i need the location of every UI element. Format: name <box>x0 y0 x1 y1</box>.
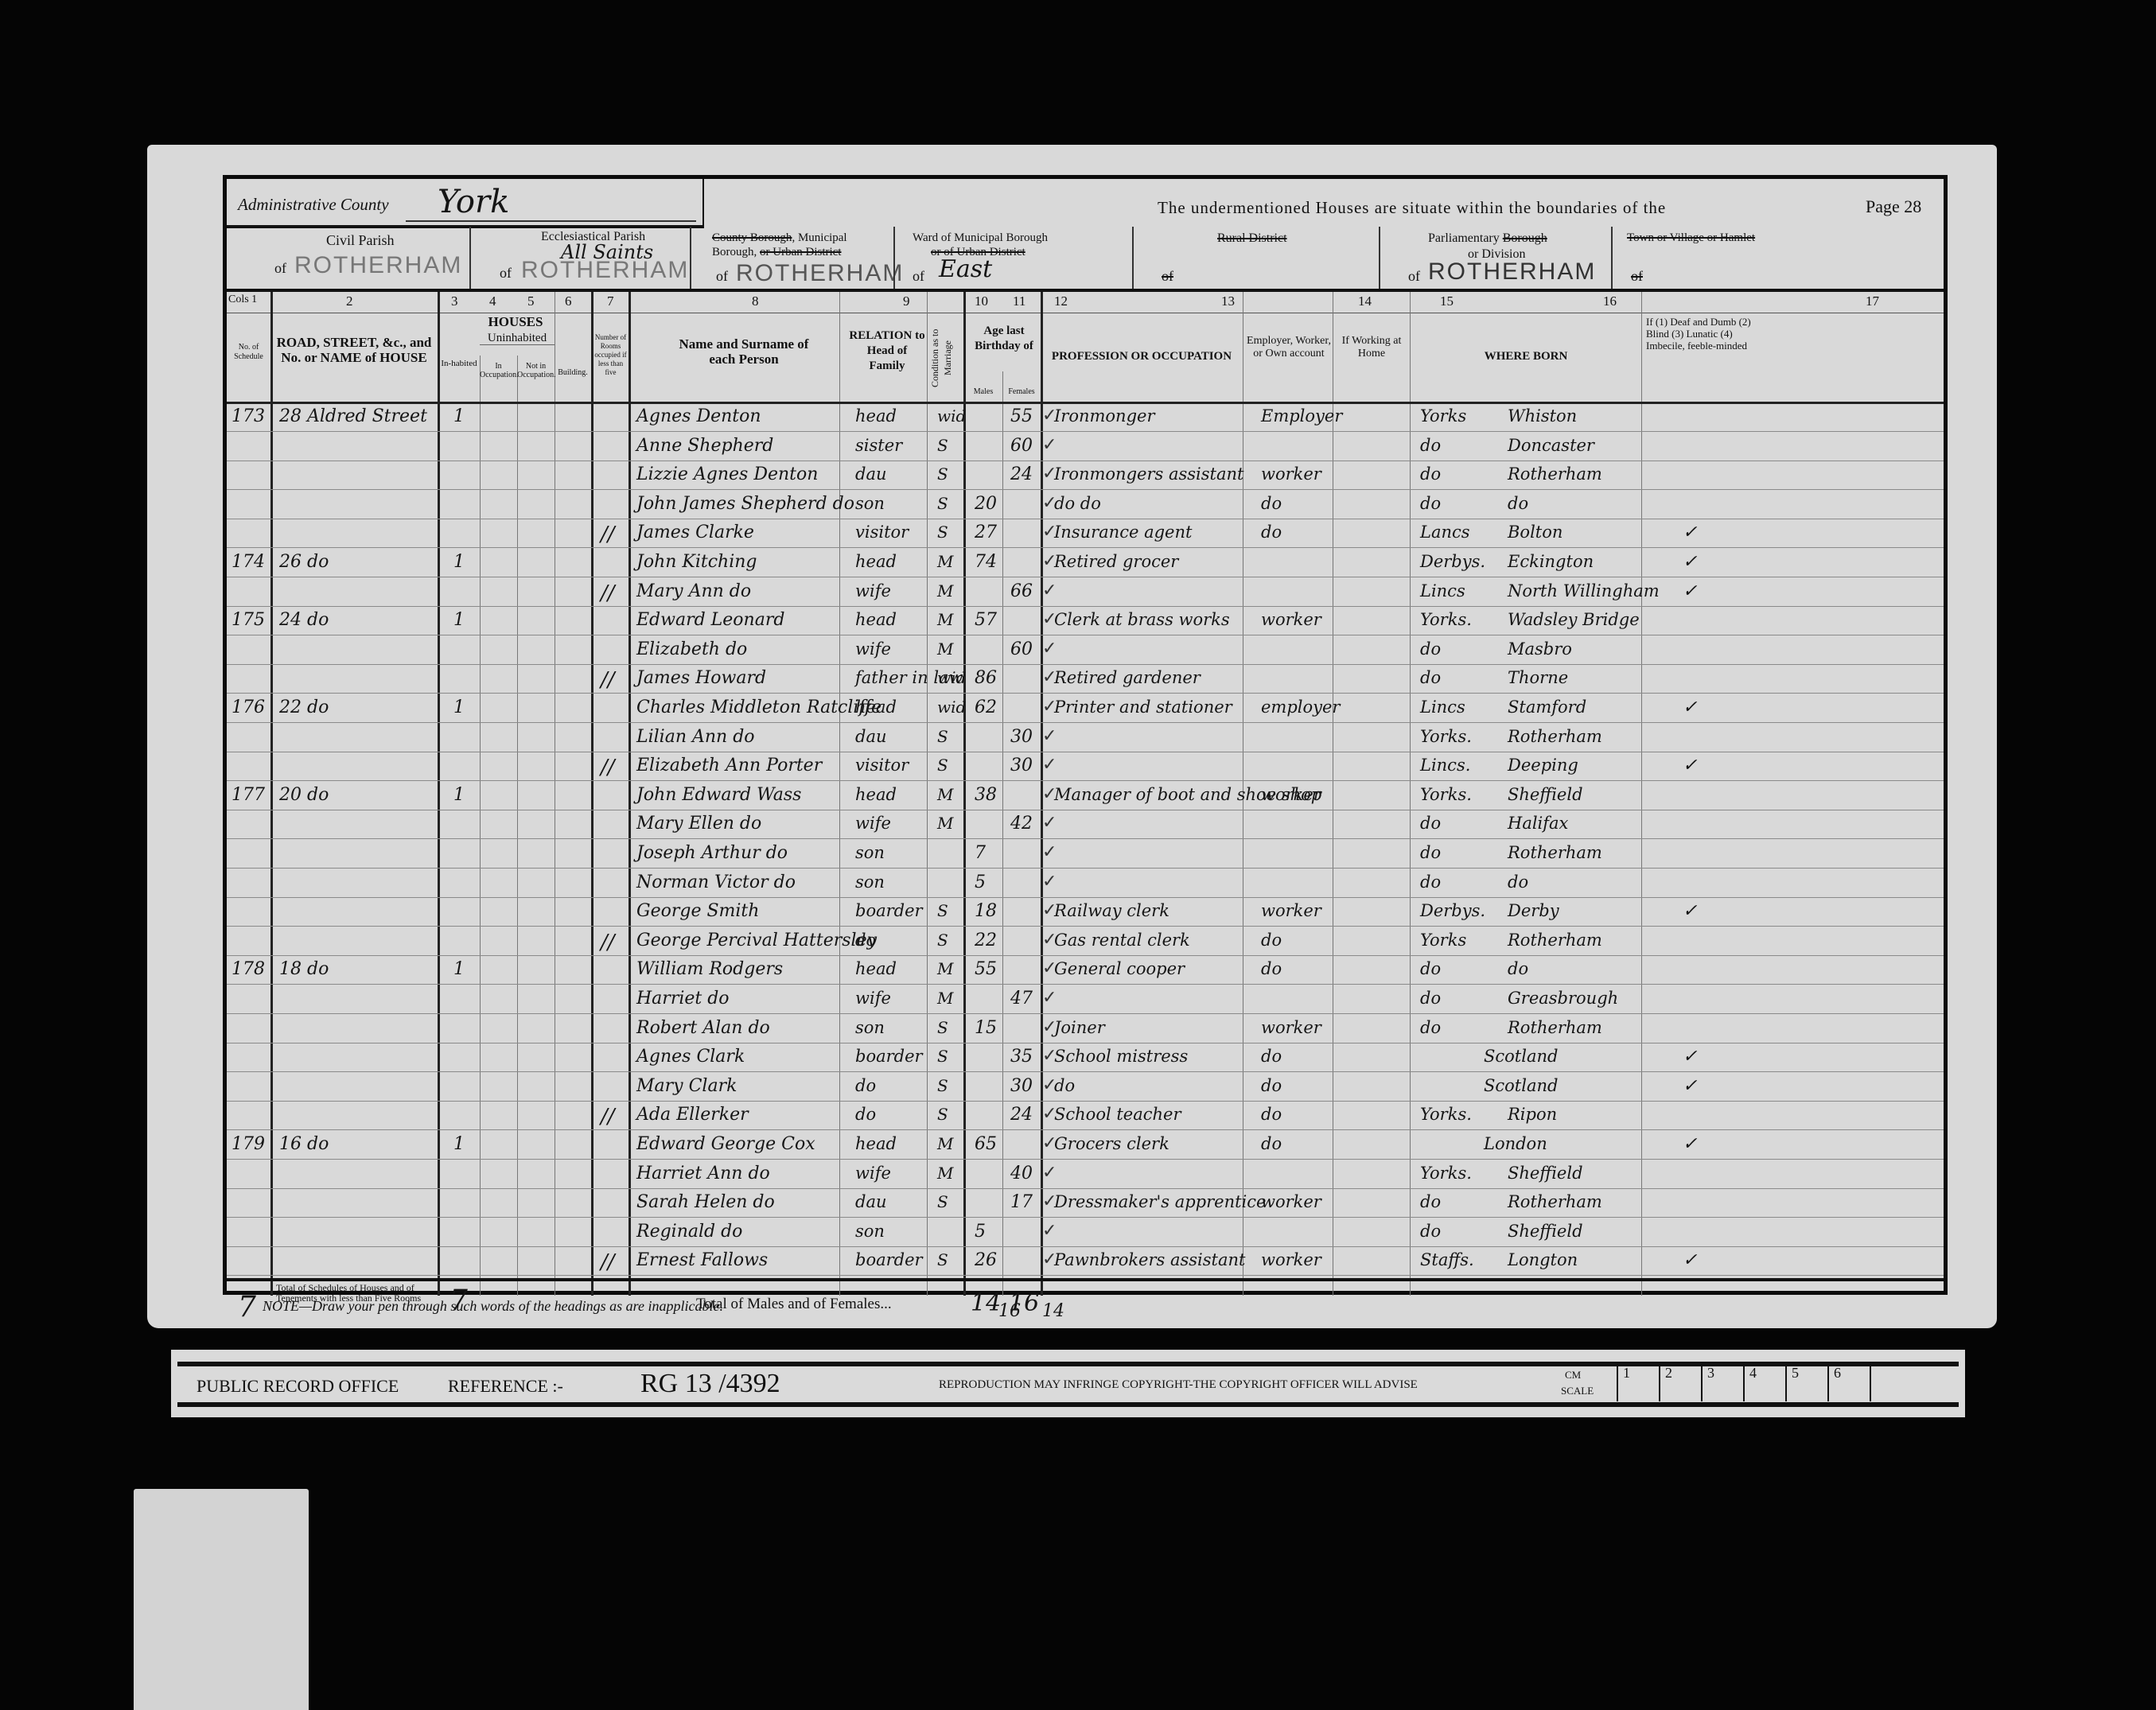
birth-place: do <box>1508 494 1528 513</box>
marital-condition: M <box>937 989 953 1008</box>
marital-condition: wid <box>937 698 966 717</box>
col-number: 17 <box>1866 293 1879 309</box>
relation: head <box>855 610 897 629</box>
person-name: Elizabeth do <box>636 639 747 659</box>
check-mark: ✓ <box>1683 552 1697 572</box>
marital-condition: S <box>937 931 948 950</box>
birth-county: do <box>1420 1192 1441 1211</box>
inhabited-count: 1 <box>453 785 465 805</box>
col-number: 14 <box>1358 293 1372 309</box>
schedule-number: 178 <box>232 959 265 979</box>
birth-county: Yorks. <box>1420 785 1472 804</box>
scale-label-cm: CM <box>1565 1369 1581 1382</box>
census-form-frame: Administrative County York The underment… <box>223 175 1948 1295</box>
admin-county-rule <box>227 225 704 228</box>
age-female: 60 <box>1010 436 1033 456</box>
birth-place: Sheffield <box>1508 1164 1583 1183</box>
person-name: Charles Middleton Ratcliffe <box>636 698 881 717</box>
col-number: 2 <box>346 293 353 309</box>
person-name: Lilian Ann do <box>636 727 755 747</box>
birth-place: Rotherham <box>1508 1192 1602 1211</box>
marital-condition: wid <box>937 406 966 426</box>
birth-county: do <box>1420 436 1441 455</box>
birth-place: Ripon <box>1508 1105 1557 1124</box>
age-female: 55 <box>1010 406 1033 426</box>
relation: do <box>855 1076 876 1095</box>
household-separator: // <box>601 523 615 546</box>
header-houses: HOUSES <box>442 314 590 329</box>
birth-place: Rotherham <box>1508 931 1602 950</box>
occupation: School mistress <box>1054 1047 1188 1066</box>
scale-tick: 3 <box>1701 1365 1743 1401</box>
col-number: 12 <box>1054 293 1068 309</box>
occupation: Retired gardener <box>1054 668 1201 687</box>
person-name: Lizzie Agnes Denton <box>636 464 818 484</box>
ref-bar-bottom <box>177 1402 1959 1407</box>
check-mark-icon: ✓ <box>1042 841 1057 862</box>
col-number: 10 <box>975 293 988 309</box>
birth-county: Yorks. <box>1420 610 1472 629</box>
birth-county: Lancs <box>1420 523 1470 542</box>
check-mark-icon: ✓ <box>1042 1016 1057 1037</box>
inhabited-count: 1 <box>453 1134 465 1154</box>
birth-county: Yorks. <box>1420 727 1472 746</box>
intro-text: The undermentioned Houses are situate wi… <box>1158 198 1666 218</box>
marital-condition: S <box>937 494 948 513</box>
marital-condition: S <box>937 756 948 775</box>
relation: wife <box>855 814 891 833</box>
total-males-value: 14 <box>971 1289 1001 1317</box>
marital-condition: M <box>937 785 953 804</box>
check-mark: ✓ <box>1683 1134 1697 1154</box>
header-occupation: PROFESSION OR OCCUPATION <box>1042 349 1241 364</box>
relation: head <box>855 785 897 804</box>
employment-status: do <box>1261 931 1282 950</box>
occupation: Pawnbrokers assistant <box>1054 1250 1245 1269</box>
col-number: 9 <box>903 293 910 309</box>
birth-place: Bolton <box>1508 523 1563 542</box>
header-age: Age last Birthday of <box>971 324 1037 354</box>
check-mark-icon: ✓ <box>1042 1191 1057 1211</box>
age-female: 60 <box>1010 639 1033 659</box>
birth-place: Stamford <box>1508 698 1586 717</box>
age-male: 57 <box>975 610 997 630</box>
check-mark-icon: ✓ <box>1042 1249 1057 1269</box>
marital-condition: S <box>937 1047 948 1066</box>
occupation: Clerk at brass works <box>1054 610 1230 629</box>
scale-label: SCALE <box>1561 1385 1594 1397</box>
admin-county-value: York <box>438 184 509 220</box>
scale-tick: 1 <box>1617 1365 1659 1401</box>
col-number: 3 <box>451 293 458 309</box>
occupation: Joiner <box>1054 1018 1105 1037</box>
check-mark-icon: ✓ <box>1042 929 1057 950</box>
ref-value: RG 13 /4392 <box>640 1369 780 1399</box>
of-label: of <box>1162 268 1173 285</box>
check-mark: ✓ <box>1683 523 1697 542</box>
person-name: Sarah Helen do <box>636 1192 775 1212</box>
divider <box>893 227 895 290</box>
age-female: 30 <box>1010 727 1033 747</box>
age-female: 30 <box>1010 1076 1033 1096</box>
person-name: John Edward Wass <box>636 785 801 805</box>
table-row: 17916 do1Edward George CoxheadM65Grocers… <box>227 1131 1944 1160</box>
admin-county-underline <box>406 220 696 222</box>
column-numbers: Cols 1 2 3 4 5 6 7 8 9 10 11 12 13 14 15… <box>227 292 1944 313</box>
road-address: 24 do <box>279 610 329 630</box>
divider <box>469 227 471 290</box>
marital-condition: S <box>937 727 948 746</box>
marital-condition: S <box>937 1105 948 1124</box>
header-divider <box>702 179 704 227</box>
birth-place: Thorne <box>1508 668 1568 687</box>
household-separator: // <box>601 668 615 692</box>
total-schedules-value: 7 <box>238 1291 256 1323</box>
person-name: Edward George Cox <box>636 1134 815 1154</box>
birth-place: Derby <box>1508 901 1559 920</box>
age-male: 65 <box>975 1134 997 1154</box>
schedule-number: 175 <box>232 610 265 630</box>
relation: boarder <box>855 1250 923 1269</box>
birth-place: Wadsley Bridge <box>1508 610 1640 629</box>
relation: head <box>855 406 897 426</box>
road-address: 16 do <box>279 1134 329 1154</box>
col-number: 4 <box>489 293 496 309</box>
relation: wife <box>855 639 891 659</box>
table-row: //Ada EllerkerdoS24School teacherdoYorks… <box>227 1102 1944 1130</box>
scale-tick: 4 <box>1743 1365 1785 1401</box>
age-female: 66 <box>1010 581 1033 601</box>
table-row: Mary ClarkdoS30dodoScotland✓✓ <box>227 1073 1944 1102</box>
table-row: Harriet Ann dowifeM40Yorks.Sheffield✓ <box>227 1160 1944 1189</box>
table-row: 17720 do1John Edward WassheadM38Manager … <box>227 782 1944 810</box>
below-males-count: 16 <box>998 1301 1021 1321</box>
check-mark-icon: ✓ <box>1042 696 1057 717</box>
scale-tick: 6 <box>1827 1365 1870 1401</box>
ref-office: PUBLIC RECORD OFFICE <box>197 1376 399 1397</box>
relation: son <box>855 1018 885 1037</box>
table-row: //Elizabeth Ann PortervisitorS30Lincs.De… <box>227 752 1944 781</box>
birth-county: do <box>1420 494 1441 513</box>
employment-status: employer <box>1261 698 1340 717</box>
header-inhabited: In-habited <box>440 359 478 368</box>
age-female: 24 <box>1010 1105 1033 1125</box>
scale-tick: 5 <box>1785 1365 1827 1401</box>
relation: visitor <box>855 523 909 542</box>
age-male: 74 <box>975 552 997 572</box>
check-mark-icon: ✓ <box>1042 754 1057 775</box>
table-row: //James Howardfather in lawwid86Retired … <box>227 665 1944 694</box>
employment-status: do <box>1261 494 1282 513</box>
person-name: William Rodgers <box>636 959 783 979</box>
marital-condition: S <box>937 901 948 920</box>
household-separator: // <box>601 931 615 954</box>
header-building: Building. <box>555 367 591 379</box>
person-name: Harriet do <box>636 989 730 1009</box>
marital-condition: M <box>937 814 953 833</box>
col-number: Cols 1 <box>228 293 257 306</box>
birth-county: do <box>1420 843 1441 862</box>
census-table: Cols 1 2 3 4 5 6 7 8 9 10 11 12 13 14 15… <box>227 292 1944 1296</box>
occupation: do <box>1054 1076 1075 1095</box>
check-mark-icon: ✓ <box>1042 492 1057 513</box>
marital-condition: M <box>937 552 953 571</box>
relation: son <box>855 494 885 513</box>
age-male: 26 <box>975 1250 997 1270</box>
birth-county: Yorks. <box>1420 1164 1472 1183</box>
eccl-parish-stamp: ROTHERHAM <box>521 257 689 284</box>
table-row: Elizabeth dowifeM60doMasbro✓ <box>227 636 1944 665</box>
age-female: 35 <box>1010 1047 1033 1067</box>
birth-county: Derbys. <box>1420 552 1485 571</box>
birth-place: Sheffield <box>1508 785 1583 804</box>
header-relation: RELATION to Head of Family <box>849 328 925 374</box>
employment-status: worker <box>1261 610 1321 629</box>
below-females-count: 14 <box>1042 1301 1064 1321</box>
check-mark-icon: ✓ <box>1042 958 1057 978</box>
marital-condition: M <box>937 610 953 629</box>
birth-county: Derbys. <box>1420 901 1485 920</box>
person-name: Mary Clark <box>636 1076 737 1096</box>
relation: head <box>855 552 897 571</box>
birth-place: Rotherham <box>1508 464 1602 484</box>
schedule-number: 176 <box>232 698 265 717</box>
table-row: Sarah Helen dodauS17Dressmaker's apprent… <box>227 1189 1944 1218</box>
person-name: Norman Victor do <box>636 872 796 892</box>
birth-place: Halifax <box>1508 814 1568 833</box>
marital-condition: S <box>937 1076 948 1095</box>
check-mark-icon: ✓ <box>1042 463 1057 484</box>
occupation: do do <box>1054 494 1101 513</box>
person-name: Mary Ann do <box>636 581 751 601</box>
household-separator: // <box>601 1250 615 1274</box>
occupation: General cooper <box>1054 959 1185 978</box>
employment-status: worker <box>1261 785 1321 804</box>
check-mark-icon: ✓ <box>1042 812 1057 833</box>
table-row: 17328 Aldred Street1Agnes Dentonheadwid5… <box>227 403 1944 432</box>
check-mark-icon: ✓ <box>1042 405 1057 426</box>
household-separator: // <box>601 581 615 605</box>
check-mark-icon: ✓ <box>1042 1045 1057 1066</box>
check-mark-icon: ✓ <box>1042 550 1057 571</box>
birth-place: Scotland <box>1484 1047 1558 1066</box>
age-male: 5 <box>975 1222 986 1242</box>
table-row: 17818 do1William RodgersheadM55General c… <box>227 956 1944 985</box>
birth-place: Deeping <box>1508 756 1578 775</box>
relation: son <box>855 1222 885 1241</box>
check-mark: ✓ <box>1683 1076 1697 1096</box>
person-name: Elizabeth Ann Porter <box>636 756 822 775</box>
relation: son <box>855 843 885 862</box>
civil-parish-stamp: ROTHERHAM <box>294 252 462 279</box>
check-mark-icon: ✓ <box>1042 987 1057 1008</box>
of-label: of <box>500 265 512 282</box>
marital-condition: S <box>937 464 948 484</box>
birth-county: Lincs <box>1420 581 1465 600</box>
birth-county: do <box>1420 1222 1441 1241</box>
schedule-number: 177 <box>232 785 265 805</box>
schedule-number: 179 <box>232 1134 265 1154</box>
header-not-in-occupation: Not in Occupation. <box>517 362 555 379</box>
header-road: ROAD, STREET, &c., and No. or NAME of HO… <box>274 335 434 365</box>
check-mark-icon: ✓ <box>1042 871 1057 892</box>
marital-condition: M <box>937 959 953 978</box>
relation: wife <box>855 989 891 1008</box>
table-row: Anne ShepherdsisterS60doDoncaster✓ <box>227 433 1944 461</box>
birth-county: Yorks <box>1420 931 1466 950</box>
borough-label-2: Borough, or Urban District <box>712 246 841 259</box>
birth-place: Masbro <box>1508 639 1572 659</box>
employment-status: worker <box>1261 1018 1321 1037</box>
inhabited-count: 1 <box>453 610 465 630</box>
check-mark-icon: ✓ <box>1042 521 1057 542</box>
footer-note: NOTE—Draw your pen through such words of… <box>263 1298 723 1315</box>
check-mark: ✓ <box>1683 581 1697 601</box>
scale-tick <box>1870 1365 1941 1401</box>
occupation: Insurance agent <box>1054 523 1192 542</box>
header-at-home: If Working at Home <box>1334 335 1409 360</box>
table-row: Robert Alan dosonS15JoinerworkerdoRother… <box>227 1015 1944 1043</box>
divider <box>1132 227 1134 290</box>
inhabited-count: 1 <box>453 698 465 717</box>
person-name: Ada Ellerker <box>636 1105 749 1125</box>
table-row: Lilian Ann dodauS30Yorks.Rotherham✓ <box>227 724 1944 752</box>
relation: visitor <box>855 756 909 775</box>
birth-place: Rotherham <box>1508 1018 1602 1037</box>
parliamentary-stamp: ROTHERHAM <box>1428 258 1596 286</box>
table-row: Agnes ClarkboarderS35School mistressdoSc… <box>227 1043 1944 1072</box>
marital-condition: M <box>937 581 953 600</box>
rural-district-label: Rural District <box>1217 231 1287 246</box>
person-name: Edward Leonard <box>636 610 784 630</box>
check-mark: ✓ <box>1683 756 1697 775</box>
header-condition: Condition as to Marriage <box>928 321 962 396</box>
inhabited-count: 1 <box>453 959 465 979</box>
parliamentary-label: Parliamentary Borough <box>1428 231 1547 246</box>
header-uninhabited: Uninhabited <box>480 332 555 345</box>
age-male: 15 <box>975 1018 997 1038</box>
marital-condition: M <box>937 1134 953 1153</box>
header-rooms: Number of Rooms occupied if less than fi… <box>593 333 629 377</box>
header-schedule: No. of Schedule <box>227 343 270 362</box>
table-row: 17524 do1Edward LeonardheadM57Clerk at b… <box>227 607 1944 635</box>
birth-county: do <box>1420 464 1441 484</box>
table-row: //James ClarkevisitorS27Insurance agentd… <box>227 519 1944 548</box>
household-separator: // <box>601 1105 615 1129</box>
census-page: Administrative County York The underment… <box>147 145 1997 1328</box>
age-male: 38 <box>975 785 997 805</box>
page-number: Page 28 <box>1866 196 1921 217</box>
employment-status: do <box>1261 1105 1282 1124</box>
col-number: 16 <box>1603 293 1617 309</box>
relation: wife <box>855 1164 891 1183</box>
birth-place: Rotherham <box>1508 843 1602 862</box>
marital-condition: S <box>937 1192 948 1211</box>
birth-county: do <box>1420 959 1441 978</box>
employment-status: do <box>1261 959 1282 978</box>
person-name: Agnes Clark <box>636 1047 745 1067</box>
person-name: George Smith <box>636 901 759 921</box>
relation: boarder <box>855 1047 923 1066</box>
person-name: George Percival Hattersley <box>636 931 877 950</box>
age-male: 18 <box>975 901 997 921</box>
marital-condition: S <box>937 436 948 455</box>
occupation: Ironmonger <box>1054 406 1155 426</box>
divider <box>690 227 691 290</box>
town-label: Town or Village or Hamlet <box>1627 231 1755 245</box>
birth-county: do <box>1420 639 1441 659</box>
relation: head <box>855 1134 897 1153</box>
age-female: 30 <box>1010 756 1033 775</box>
borough-stamp: ROTHERHAM <box>736 260 904 287</box>
person-name: Harriet Ann do <box>636 1164 770 1183</box>
birth-county: do <box>1420 1018 1441 1037</box>
person-name: Agnes Denton <box>636 406 761 426</box>
check-mark: ✓ <box>1683 1250 1697 1270</box>
table-row: //Mary Ann dowifeM66LincsNorth Willingha… <box>227 578 1944 607</box>
age-male: 5 <box>975 872 986 892</box>
birth-place: Whiston <box>1508 406 1577 426</box>
person-name: Joseph Arthur do <box>636 843 788 863</box>
relation: wife <box>855 581 891 600</box>
admin-county-label: Administrative County <box>238 195 389 215</box>
employment-status: worker <box>1261 1192 1321 1211</box>
check-mark-icon: ✓ <box>1042 783 1057 804</box>
relation: boarder <box>855 901 923 920</box>
person-name: Anne Shepherd <box>636 436 773 456</box>
header-name: Name and Surname of each Person <box>672 336 815 367</box>
birth-place: North Willingham <box>1508 581 1660 600</box>
header-males: Males <box>965 386 1002 398</box>
check-mark-icon: ✓ <box>1042 1220 1057 1241</box>
check-mark-icon: ✓ <box>1042 1103 1057 1124</box>
marital-condition: wid <box>937 668 966 687</box>
header-infirmity: If (1) Deaf and Dumb (2) Blind (3) Lunat… <box>1646 316 1757 352</box>
civil-parish-label: Civil Parish <box>326 232 395 249</box>
check-mark-icon: ✓ <box>1042 1075 1057 1095</box>
check-mark-icon: ✓ <box>1042 608 1057 629</box>
road-address: 22 do <box>279 698 329 717</box>
col-number: 13 <box>1221 293 1235 309</box>
table-row: Reginald doson5doSheffield✓ <box>227 1218 1944 1247</box>
age-female: 40 <box>1010 1164 1033 1183</box>
col-number: 15 <box>1440 293 1454 309</box>
birth-county: Lincs. <box>1420 756 1470 775</box>
birth-place: Longton <box>1508 1250 1578 1269</box>
blank-card <box>134 1489 309 1710</box>
age-male: 86 <box>975 668 997 688</box>
header-in-occupation: In Occupation. <box>480 362 517 379</box>
inhabited-count: 1 <box>453 552 465 572</box>
occupation: School teacher <box>1054 1105 1181 1124</box>
col-number: 5 <box>527 293 535 309</box>
of-label: of <box>1408 268 1420 285</box>
occupation: Dressmaker's apprentice <box>1054 1192 1266 1211</box>
scale-tick: 2 <box>1659 1365 1701 1401</box>
age-female: 17 <box>1010 1192 1033 1212</box>
road-address: 28 Aldred Street <box>279 406 427 426</box>
road-address: 20 do <box>279 785 329 805</box>
birth-county: Yorks. <box>1420 1105 1472 1124</box>
ward-value: East <box>939 255 992 283</box>
age-male: 20 <box>975 494 997 514</box>
birth-place: do <box>1508 959 1528 978</box>
birth-county: do <box>1420 668 1441 687</box>
ref-copyright: REPRODUCTION MAY INFRINGE COPYRIGHT-THE … <box>939 1378 1418 1392</box>
table-row: //George Percival HattersleydoS22Gas ren… <box>227 927 1944 956</box>
relation: dau <box>855 464 887 484</box>
employment-status: worker <box>1261 464 1321 484</box>
